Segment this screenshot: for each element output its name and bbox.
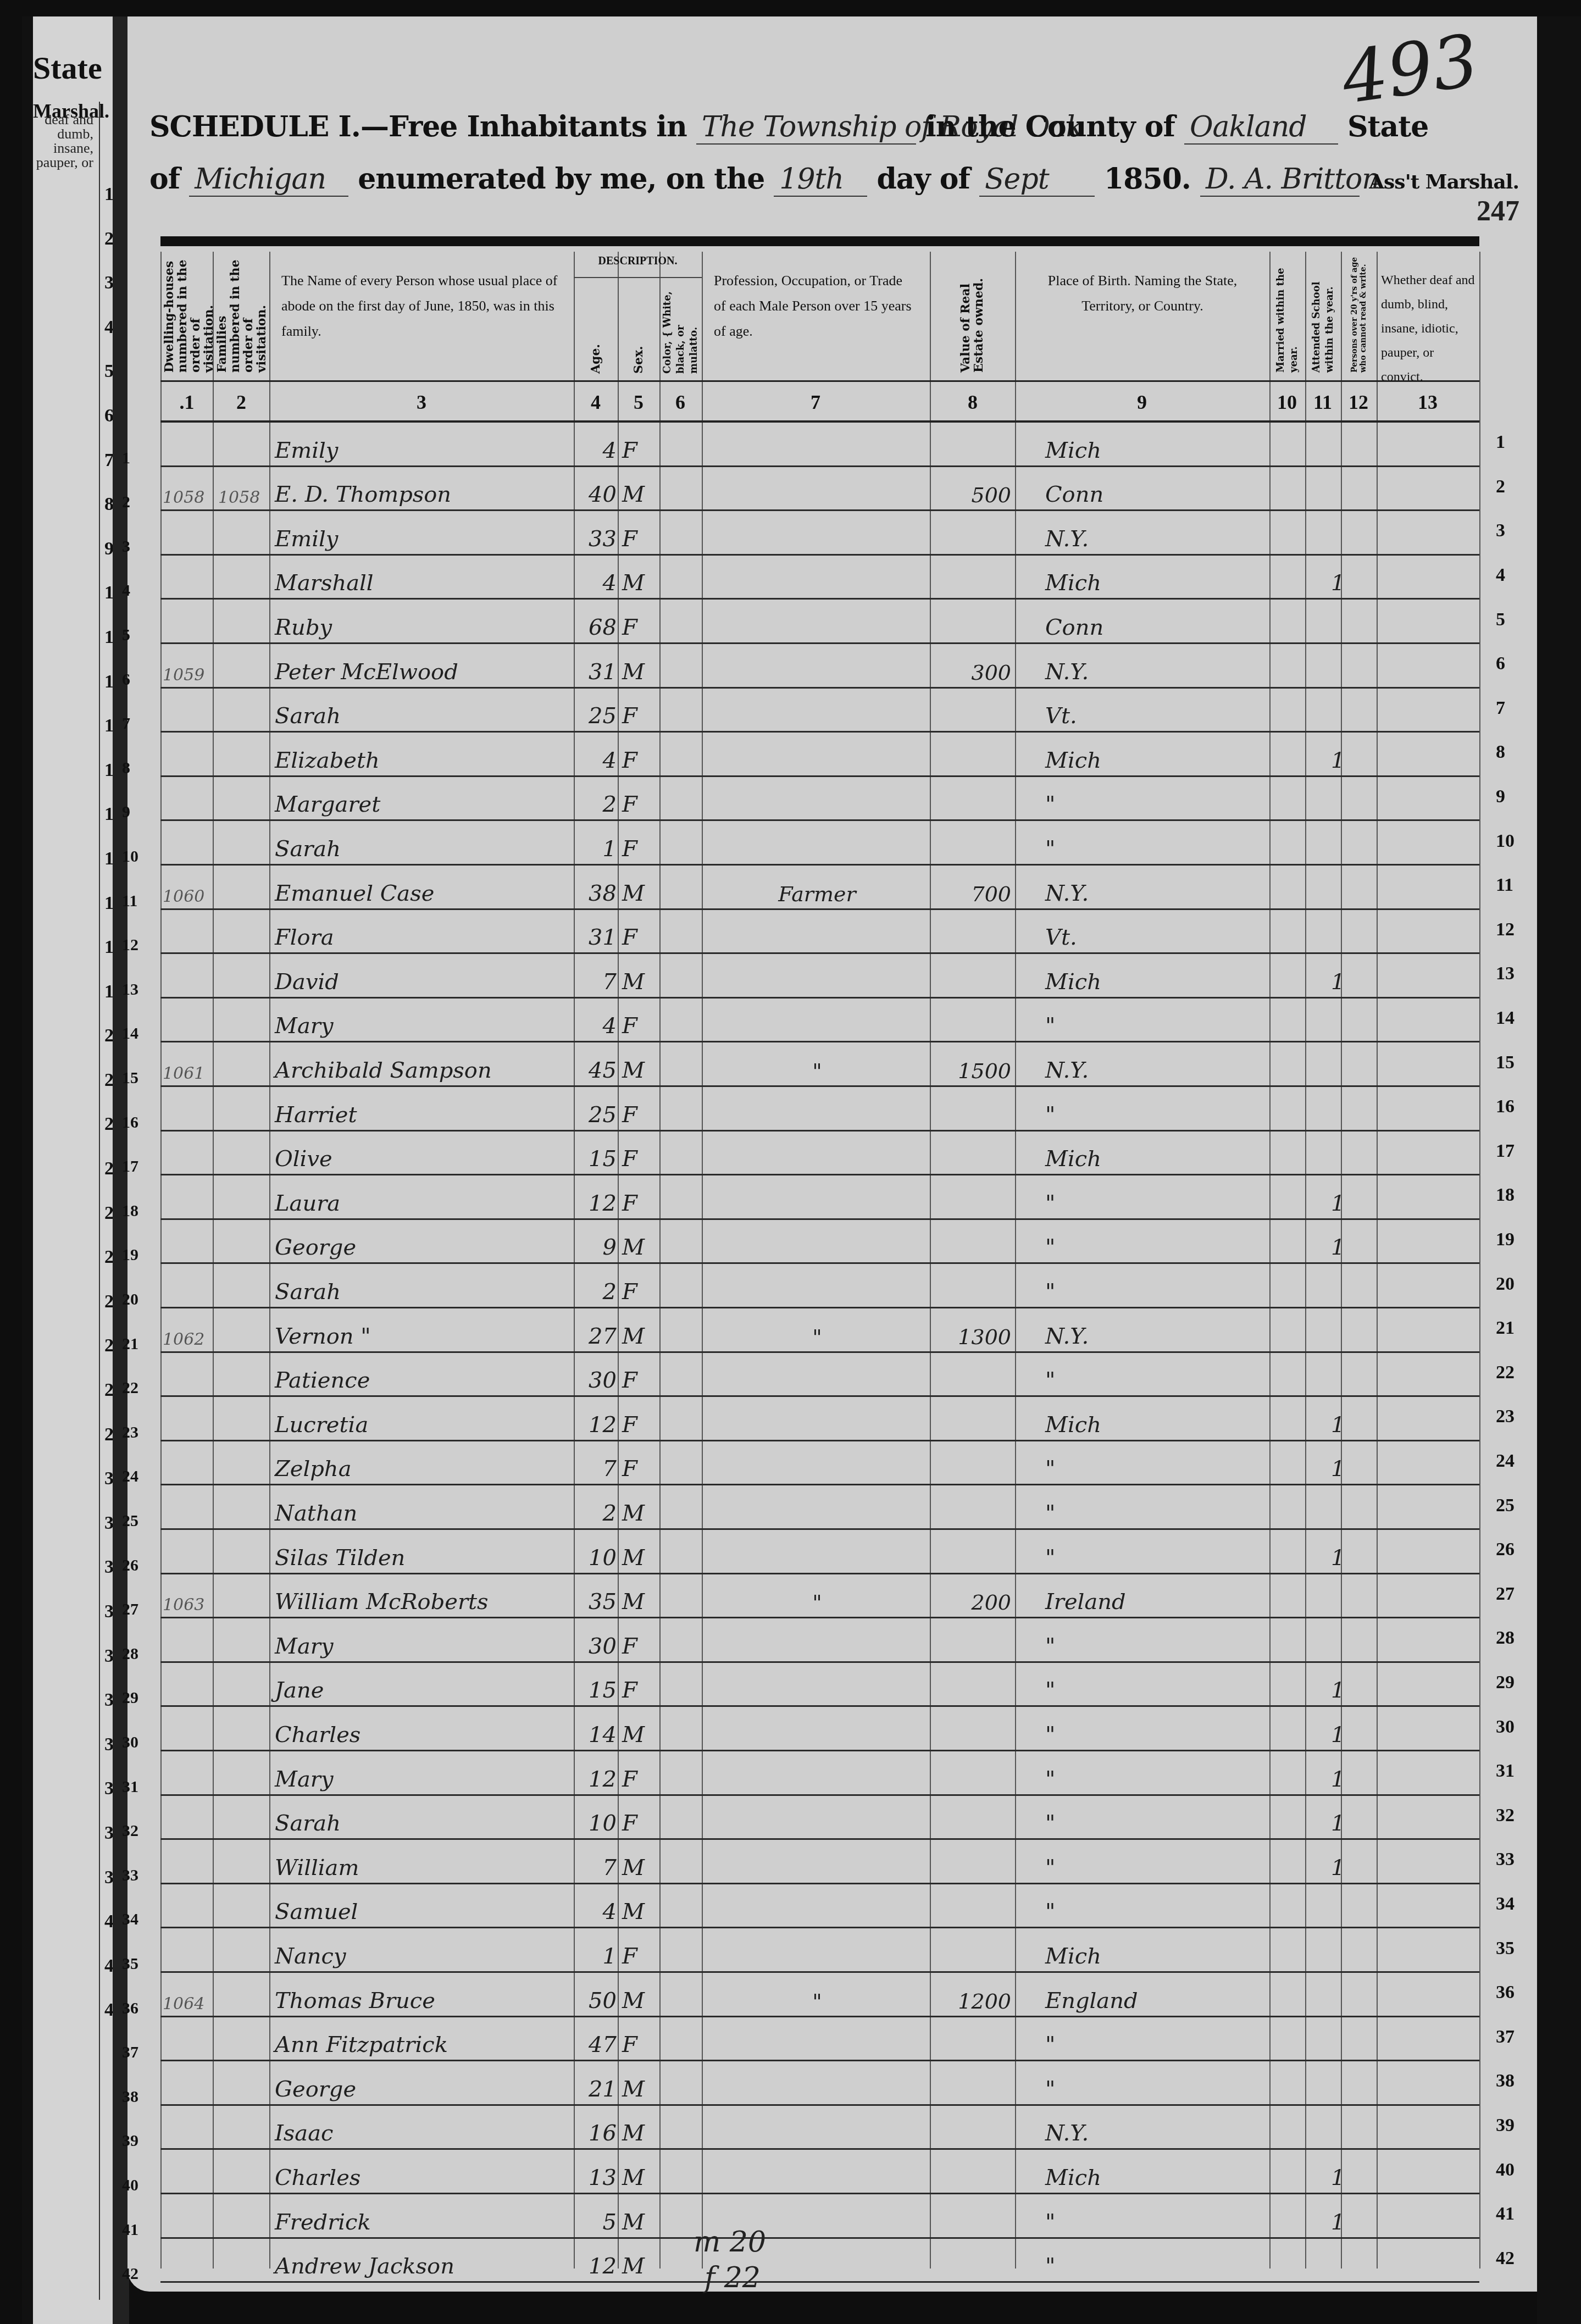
occupation-value: " <box>704 1325 930 1349</box>
line-number: 36 <box>1496 1982 1515 2003</box>
table-row: Charles14M"13030 <box>160 1705 1479 1751</box>
dwelling-number: 1061 <box>163 1064 204 1083</box>
col10-header: Married within the year. <box>1271 252 1305 378</box>
attended-school-mark: 1 <box>1331 1678 1345 1703</box>
birthplace-value: Vt. <box>1045 925 1077 950</box>
sex-value: M <box>622 2077 645 2102</box>
table-row: Emily4FMich11 <box>160 421 1479 467</box>
birthplace-value: " <box>1045 1545 1055 1571</box>
line-number-left: 30 <box>122 1733 138 1752</box>
day-of-label: day of <box>877 162 969 196</box>
line-number-left: 36 <box>122 1999 138 2018</box>
age-value: 30 <box>578 1368 617 1393</box>
person-name: Zelpha <box>275 1456 351 1482</box>
table-row: Sarah2F"2020 <box>160 1262 1479 1308</box>
attended-school-mark: 1 <box>1331 2210 1345 2235</box>
col4-header: Age. <box>575 280 617 379</box>
col5-header: Sex. <box>619 280 658 379</box>
age-value: 12 <box>578 1412 617 1438</box>
person-name: Mary <box>275 1013 334 1039</box>
sex-value: F <box>622 836 637 862</box>
dwelling-number: 1062 <box>163 1330 204 1349</box>
line-number-left: 41 <box>122 2221 138 2239</box>
sex-value: F <box>622 1368 637 1393</box>
age-value: 31 <box>578 659 617 685</box>
birthplace-value: " <box>1045 2077 1055 2102</box>
line-number-left: 27 <box>122 1600 138 1619</box>
sex-value: F <box>622 1191 637 1216</box>
line-number-left: 40 <box>122 2176 138 2195</box>
table-row: Silas Tilden10M"12626 <box>160 1528 1479 1574</box>
line-number-left: 16 <box>122 1113 138 1132</box>
birthplace-value: Conn <box>1045 615 1103 640</box>
age-value: 7 <box>578 1855 617 1881</box>
table-row: Nancy1FMich3535 <box>160 1927 1479 1973</box>
table-row: Ann Fitzpatrick47F"3737 <box>160 2016 1479 2062</box>
sex-value: M <box>622 881 645 906</box>
state-field: Michigan <box>189 163 348 197</box>
table-row: William7M"13333 <box>160 1838 1479 1884</box>
age-value: 4 <box>578 1899 617 1924</box>
birthplace-value: " <box>1045 1722 1055 1748</box>
line-number: 17 <box>1496 1141 1515 1162</box>
sex-value: M <box>622 482 645 507</box>
dwelling-number: 1063 <box>163 1595 204 1615</box>
birthplace-value: Mich <box>1045 570 1101 596</box>
attended-school-mark: 1 <box>1331 1722 1345 1748</box>
birthplace-value: " <box>1045 1191 1055 1216</box>
line-number-left: 11 <box>122 892 137 911</box>
birthplace-value: Mich <box>1045 748 1101 773</box>
person-name: Mary <box>275 1767 334 1792</box>
col-num: 10 <box>1277 391 1297 414</box>
occupation-value: " <box>704 1590 930 1615</box>
line-number-left: 19 <box>122 1246 138 1264</box>
birthplace-value: " <box>1045 1767 1055 1792</box>
line-number-left: 21 <box>122 1335 138 1354</box>
sex-value: F <box>622 1767 637 1792</box>
age-value: 7 <box>578 1456 617 1482</box>
person-name: Ruby <box>275 615 332 640</box>
line-number: 12 <box>1496 919 1515 940</box>
table-top-rule <box>160 236 1479 246</box>
table-row: Laura12F"11818 <box>160 1174 1479 1220</box>
line-number-left: 23 <box>122 1423 138 1442</box>
line-number: 4 <box>1496 565 1505 586</box>
line-number: 23 <box>1496 1406 1515 1427</box>
line-number: 26 <box>1496 1539 1515 1560</box>
dwelling-number: 1064 <box>163 1994 204 2014</box>
sex-value: M <box>622 1899 645 1924</box>
prev-col13-header: deaf and dumb, insane, pauper, or <box>33 102 99 170</box>
line-number: 9 <box>1496 786 1505 807</box>
birthplace-value: N.Y. <box>1045 1058 1089 1083</box>
line-number-left: 18 <box>122 1202 138 1221</box>
birthplace-value: " <box>1045 1456 1055 1482</box>
census-page: 493 SCHEDULE I.—Free Inhabitants in The … <box>127 16 1537 2292</box>
sex-value: M <box>622 1855 645 1881</box>
age-value: 12 <box>578 1767 617 1792</box>
sex-value: M <box>622 2210 645 2235</box>
real-estate-value: 500 <box>930 483 1011 507</box>
table-row: 1064Thomas Bruce50M"1200England3636 <box>160 1971 1479 2017</box>
person-name: George <box>275 2077 356 2102</box>
col8-header: Value of Real Estate owned. <box>931 252 1013 378</box>
line-number: 33 <box>1496 1849 1515 1870</box>
table-row: Andrew Jackson12M"4242 <box>160 2237 1479 2283</box>
sex-value: M <box>622 1722 645 1748</box>
line-number: 35 <box>1496 1938 1515 1959</box>
age-value: 25 <box>578 1102 617 1128</box>
col-num: 9 <box>1137 391 1147 414</box>
person-name: Nathan <box>275 1501 357 1526</box>
sex-value: F <box>622 748 637 773</box>
line-number: 21 <box>1496 1318 1515 1339</box>
line-number: 38 <box>1496 2071 1515 2092</box>
age-value: 16 <box>578 2121 617 2146</box>
line-number-left: 33 <box>122 1866 138 1885</box>
sex-value: M <box>622 1988 645 2014</box>
line-number-left: 13 <box>122 980 138 999</box>
line-number-left: 1 <box>122 449 130 468</box>
sex-value: F <box>622 703 637 729</box>
birthplace-value: N.Y. <box>1045 2121 1089 2146</box>
age-value: 7 <box>578 969 617 995</box>
age-value: 1 <box>578 1944 617 1969</box>
attended-school-mark: 1 <box>1331 1767 1345 1792</box>
person-name: Charles <box>275 2165 360 2190</box>
age-value: 33 <box>578 526 617 552</box>
line-number-left: 32 <box>122 1822 138 1840</box>
age-value: 47 <box>578 2032 617 2057</box>
sex-value: M <box>622 1324 645 1349</box>
line-number: 34 <box>1496 1894 1515 1915</box>
birthplace-value: N.Y. <box>1045 526 1089 552</box>
line-number-left: 37 <box>122 2043 138 2062</box>
age-value: 25 <box>578 703 617 729</box>
line-number-left: 28 <box>122 1645 138 1663</box>
col-rule <box>1479 252 1480 2268</box>
person-name: Sarah <box>275 836 341 862</box>
person-name: Silas Tilden <box>275 1545 405 1571</box>
birthplace-value: Ireland <box>1045 1589 1126 1615</box>
line-number: 13 <box>1496 963 1515 984</box>
line-number: 5 <box>1496 609 1505 630</box>
table-row: Ruby68FConn55 <box>160 598 1479 644</box>
line-number: 2 <box>1496 476 1505 497</box>
person-name: Fredrick <box>275 2210 371 2235</box>
line-number: 24 <box>1496 1451 1515 1472</box>
birthplace-value: Mich <box>1045 1146 1101 1172</box>
attended-school-mark: 1 <box>1331 1811 1345 1836</box>
census-table: Dwelling-houses numbered in the order of… <box>160 236 1479 2264</box>
line-number: 11 <box>1496 875 1513 896</box>
sex-value: M <box>622 1058 645 1083</box>
county-label: in the County of <box>925 110 1175 143</box>
line-number-left: 26 <box>122 1556 138 1575</box>
line-number-left: 42 <box>122 2265 138 2283</box>
real-estate-value: 1200 <box>930 1989 1011 2014</box>
birthplace-value: " <box>1045 1634 1055 1659</box>
birthplace-value: " <box>1045 1368 1055 1393</box>
age-value: 12 <box>578 1191 617 1216</box>
person-name: Laura <box>275 1191 340 1216</box>
line-number-left: 14 <box>122 1024 138 1043</box>
sex-value: F <box>622 438 637 463</box>
birthplace-value: " <box>1045 1013 1055 1039</box>
person-name: Archibald Sampson <box>275 1058 492 1083</box>
sex-value: M <box>622 1235 645 1260</box>
line-number-left: 38 <box>122 2088 138 2106</box>
line-number-left: 10 <box>122 847 138 866</box>
state-label: State <box>1347 110 1428 143</box>
sex-value: F <box>622 925 637 950</box>
real-estate-value: 1500 <box>930 1059 1011 1083</box>
line-number: 3 <box>1496 520 1505 541</box>
table-row: 1063William McRoberts35M"200Ireland2727 <box>160 1573 1479 1619</box>
birthplace-value: N.Y. <box>1045 881 1089 906</box>
col3-header: The Name of every Person whose usual pla… <box>270 252 573 378</box>
line-number: 37 <box>1496 2027 1515 2048</box>
table-row: 1059Peter McElwood31M300N.Y.66 <box>160 642 1479 689</box>
sex-value: M <box>622 2165 645 2190</box>
sex-value: F <box>622 1102 637 1128</box>
line-number-left: 4 <box>122 581 130 600</box>
age-value: 14 <box>578 1722 617 1748</box>
person-name: William McRoberts <box>275 1589 489 1615</box>
person-name: Charles <box>275 1722 360 1748</box>
table-row: Nathan2M"2525 <box>160 1484 1479 1530</box>
birthplace-value: Mich <box>1045 1412 1101 1438</box>
col-num: 13 <box>1418 391 1438 414</box>
age-value: 5 <box>578 2210 617 2235</box>
table-row: Fredrick5M"14141 <box>160 2193 1479 2239</box>
line-number: 40 <box>1496 2160 1515 2181</box>
person-name: Margaret <box>275 792 380 817</box>
col-num: .1 <box>180 391 195 414</box>
age-value: 2 <box>578 1279 617 1305</box>
col-num: 4 <box>591 391 601 414</box>
birthplace-value: Vt. <box>1045 703 1077 729</box>
col-num: 6 <box>675 391 685 414</box>
dwelling-number: 1060 <box>163 887 204 906</box>
line-number: 30 <box>1496 1717 1515 1738</box>
table-row: Olive15FMich1717 <box>160 1130 1479 1176</box>
line-number: 31 <box>1496 1761 1515 1782</box>
line-number: 28 <box>1496 1628 1515 1649</box>
line-number-left: 5 <box>122 626 130 645</box>
person-name: Vernon " <box>275 1324 371 1349</box>
table-row: Emily33FN.Y.33 <box>160 509 1479 556</box>
sex-value: F <box>622 615 637 640</box>
person-name: Sarah <box>275 1279 341 1305</box>
occupation-value: Farmer <box>704 882 930 906</box>
township-field: The Township of Royal Oak <box>696 110 916 145</box>
sex-value: F <box>622 792 637 817</box>
line-number: 8 <box>1496 742 1505 763</box>
birthplace-value: N.Y. <box>1045 659 1089 685</box>
line-number: 14 <box>1496 1008 1515 1029</box>
person-name: Nancy <box>275 1944 346 1969</box>
col-num: 12 <box>1349 391 1368 414</box>
line-number: 29 <box>1496 1672 1515 1693</box>
age-value: 10 <box>578 1811 617 1836</box>
table-row: 1060Emanuel Case38MFarmer700N.Y.1111 <box>160 864 1479 910</box>
col9-header: Place of Birth. Naming the State, Territ… <box>1016 252 1269 378</box>
age-value: 35 <box>578 1589 617 1615</box>
line-number: 1 <box>1496 432 1505 453</box>
sex-value: F <box>622 1412 637 1438</box>
col-num: 5 <box>634 391 644 414</box>
asst-marshal-label: Ass't Marshal. <box>1369 170 1519 193</box>
table-row: David7MMich11313 <box>160 952 1479 999</box>
birthplace-value: " <box>1045 2032 1055 2057</box>
age-value: 68 <box>578 615 617 640</box>
person-name: Emily <box>275 526 338 552</box>
attended-school-mark: 1 <box>1331 1855 1345 1881</box>
table-row: Mary30F"2828 <box>160 1617 1479 1663</box>
person-name: Sarah <box>275 1811 341 1836</box>
table-row: Isaac16MN.Y.3939 <box>160 2104 1479 2150</box>
age-value: 38 <box>578 881 617 906</box>
line-number-left: 12 <box>122 936 138 955</box>
age-value: 4 <box>578 438 617 463</box>
col12-header: Persons over 20 y'rs of age who cannot r… <box>1342 252 1376 378</box>
person-name: Jane <box>275 1678 324 1703</box>
line-number-left: 31 <box>122 1778 138 1796</box>
age-value: 15 <box>578 1146 617 1172</box>
attended-school-mark: 1 <box>1331 748 1345 773</box>
person-name: Peter McElwood <box>275 659 458 685</box>
line-number-left: 6 <box>122 670 130 689</box>
age-value: 40 <box>578 482 617 507</box>
sex-value: M <box>622 1545 645 1571</box>
attended-school-mark: 1 <box>1331 1412 1345 1438</box>
person-name: Olive <box>275 1146 332 1172</box>
prev-header-state: State <box>33 49 109 86</box>
attended-school-mark: 1 <box>1331 969 1345 995</box>
birthplace-value: " <box>1045 1899 1055 1924</box>
line-number: 22 <box>1496 1362 1515 1383</box>
line-number: 20 <box>1496 1274 1515 1295</box>
table-row: Elizabeth4FMich188 <box>160 731 1479 777</box>
header-line-2: of Michigan enumerated by me, on the 19t… <box>149 162 1519 197</box>
person-name: Lucretia <box>275 1412 368 1438</box>
col-num: 2 <box>236 391 246 414</box>
day-field: 19th <box>774 163 867 197</box>
line-number-left: 7 <box>122 714 130 733</box>
person-name: Elizabeth <box>275 748 380 773</box>
real-estate-value: 700 <box>930 882 1011 906</box>
person-name: Isaac <box>275 2121 333 2146</box>
table-row: 1062Vernon "27M"1300N.Y.2121 <box>160 1307 1479 1353</box>
enumerated-label: enumerated by me, on the <box>358 162 764 196</box>
person-name: Harriet <box>275 1102 357 1128</box>
age-value: 2 <box>578 1501 617 1526</box>
line-number: 42 <box>1496 2248 1515 2269</box>
col-num: 11 <box>1313 391 1332 414</box>
age-value: 13 <box>578 2165 617 2190</box>
birthplace-value: " <box>1045 2254 1055 2279</box>
age-value: 2 <box>578 792 617 817</box>
age-value: 50 <box>578 1988 617 2014</box>
line-number: 19 <box>1496 1229 1515 1250</box>
page-edge-shadow <box>1537 16 1581 2324</box>
sex-value: M <box>622 570 645 596</box>
line-number-left: 22 <box>122 1379 138 1397</box>
person-name: Ann Fitzpatrick <box>275 2032 448 2057</box>
birthplace-value: N.Y. <box>1045 1324 1089 1349</box>
family-number: 1058 <box>218 488 260 507</box>
table-row: Samuel4M"3434 <box>160 1883 1479 1929</box>
birthplace-value: " <box>1045 1501 1055 1526</box>
month-field: Sept <box>979 163 1095 197</box>
table-row: Sarah1F"1010 <box>160 819 1479 866</box>
of-label: of <box>149 162 180 196</box>
line-number: 32 <box>1496 1805 1515 1826</box>
line-number: 10 <box>1496 831 1515 852</box>
sex-value: M <box>622 1501 645 1526</box>
person-name: Thomas Bruce <box>275 1988 435 2014</box>
page-shadow <box>22 16 33 2324</box>
real-estate-value: 300 <box>930 661 1011 685</box>
sex-value: F <box>622 1279 637 1305</box>
birthplace-value: England <box>1045 1988 1138 2014</box>
dwelling-number: 1059 <box>163 665 204 685</box>
table-row: Mary4F"1414 <box>160 997 1479 1043</box>
table-row: Patience30F"2222 <box>160 1351 1479 1397</box>
line-number-left: 2 <box>122 493 130 512</box>
person-name: Marshall <box>275 570 374 596</box>
sex-value: F <box>622 1456 637 1482</box>
previous-page-table: deaf and dumb, insane, pauper, or <box>33 102 100 2300</box>
county-field: Oakland <box>1184 110 1338 145</box>
line-number-left: 25 <box>122 1512 138 1530</box>
person-name: Mary <box>275 1634 334 1659</box>
table-row: George9M"11919 <box>160 1218 1479 1264</box>
birthplace-value: " <box>1045 2210 1055 2235</box>
birthplace-value: Mich <box>1045 2165 1101 2190</box>
column-number-strip: .1 2 3 4 5 6 7 8 9 10 11 12 13 <box>160 380 1479 423</box>
age-value: 4 <box>578 1013 617 1039</box>
line-number-left: 9 <box>122 803 130 822</box>
line-number-left: 8 <box>122 759 130 778</box>
line-number: 27 <box>1496 1584 1515 1605</box>
attended-school-mark: 1 <box>1331 1235 1345 1260</box>
table-row: Mary12F"13131 <box>160 1750 1479 1796</box>
birthplace-value: " <box>1045 1811 1055 1836</box>
age-value: 10 <box>578 1545 617 1571</box>
person-name: Sarah <box>275 703 341 729</box>
sex-value: M <box>622 1589 645 1615</box>
table-row: 1061Archibald Sampson45M"1500N.Y.1515 <box>160 1041 1479 1087</box>
line-number-left: 17 <box>122 1157 138 1176</box>
occupation-value: " <box>704 1989 930 2014</box>
attended-school-mark: 1 <box>1331 1545 1345 1571</box>
header-line-1: SCHEDULE I.—Free Inhabitants in The Town… <box>149 110 1428 145</box>
table-row: Flora31FVt.1212 <box>160 908 1479 955</box>
table-row: Charles13MMich14040 <box>160 2148 1479 2194</box>
age-value: 31 <box>578 925 617 950</box>
col13-header: Whether deaf and dumb, blind, insane, id… <box>1378 252 1479 378</box>
birthplace-value: " <box>1045 1678 1055 1703</box>
table-row: Zelpha7F"12424 <box>160 1440 1479 1486</box>
line-number-left: 24 <box>122 1467 138 1486</box>
age-value: 27 <box>578 1324 617 1349</box>
birthplace-value: " <box>1045 836 1055 862</box>
table-row: George21M"3838 <box>160 2060 1479 2106</box>
age-value: 30 <box>578 1634 617 1659</box>
